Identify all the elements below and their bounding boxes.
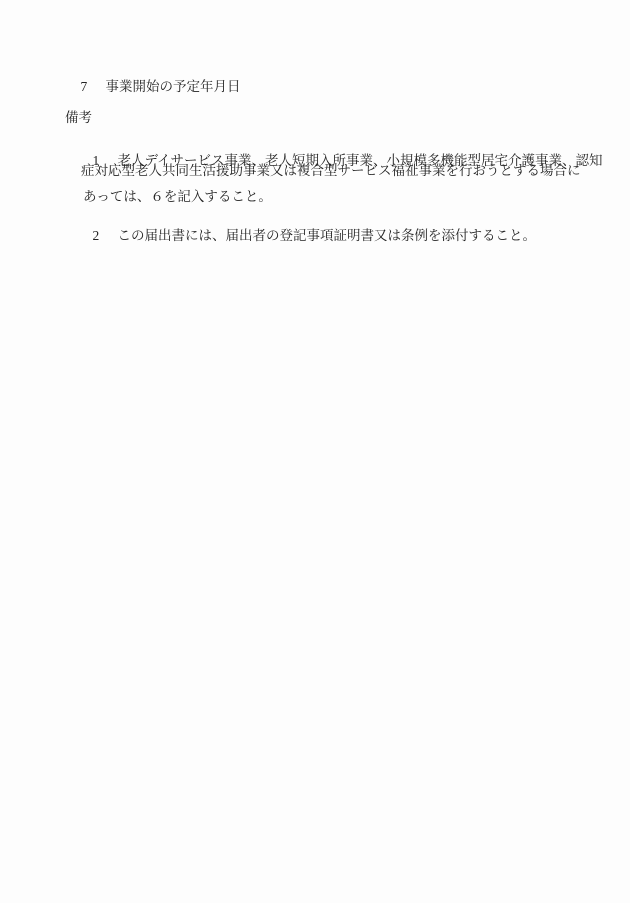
document-page: 7事業開始の予定年月日 備考 1老人デイサービス事業、老人短期入所事業、小規模多… [0,0,630,903]
remarks-note-2-line-1: 2この届出書には、届出者の登記事項証明書又は条例を添付すること。 [79,212,536,260]
item-7-line: 7事業開始の予定年月日 [67,63,241,111]
remarks-heading: 備考 [65,110,92,126]
item-7-number: 7 [81,79,106,95]
note-2-number: 2 [93,228,118,244]
note-2-text-line-1: この届出書には、届出者の登記事項証明書又は条例を添付すること。 [118,228,537,243]
item-7-label: 事業開始の予定年月日 [106,79,241,94]
remarks-note-1-line-2: 症対応型老人共同生活援助事業又は複合型サービス福祉事業を行おうとする場合に [81,163,581,179]
remarks-note-1-line-3: あっては、６を記入すること。 [83,189,272,205]
